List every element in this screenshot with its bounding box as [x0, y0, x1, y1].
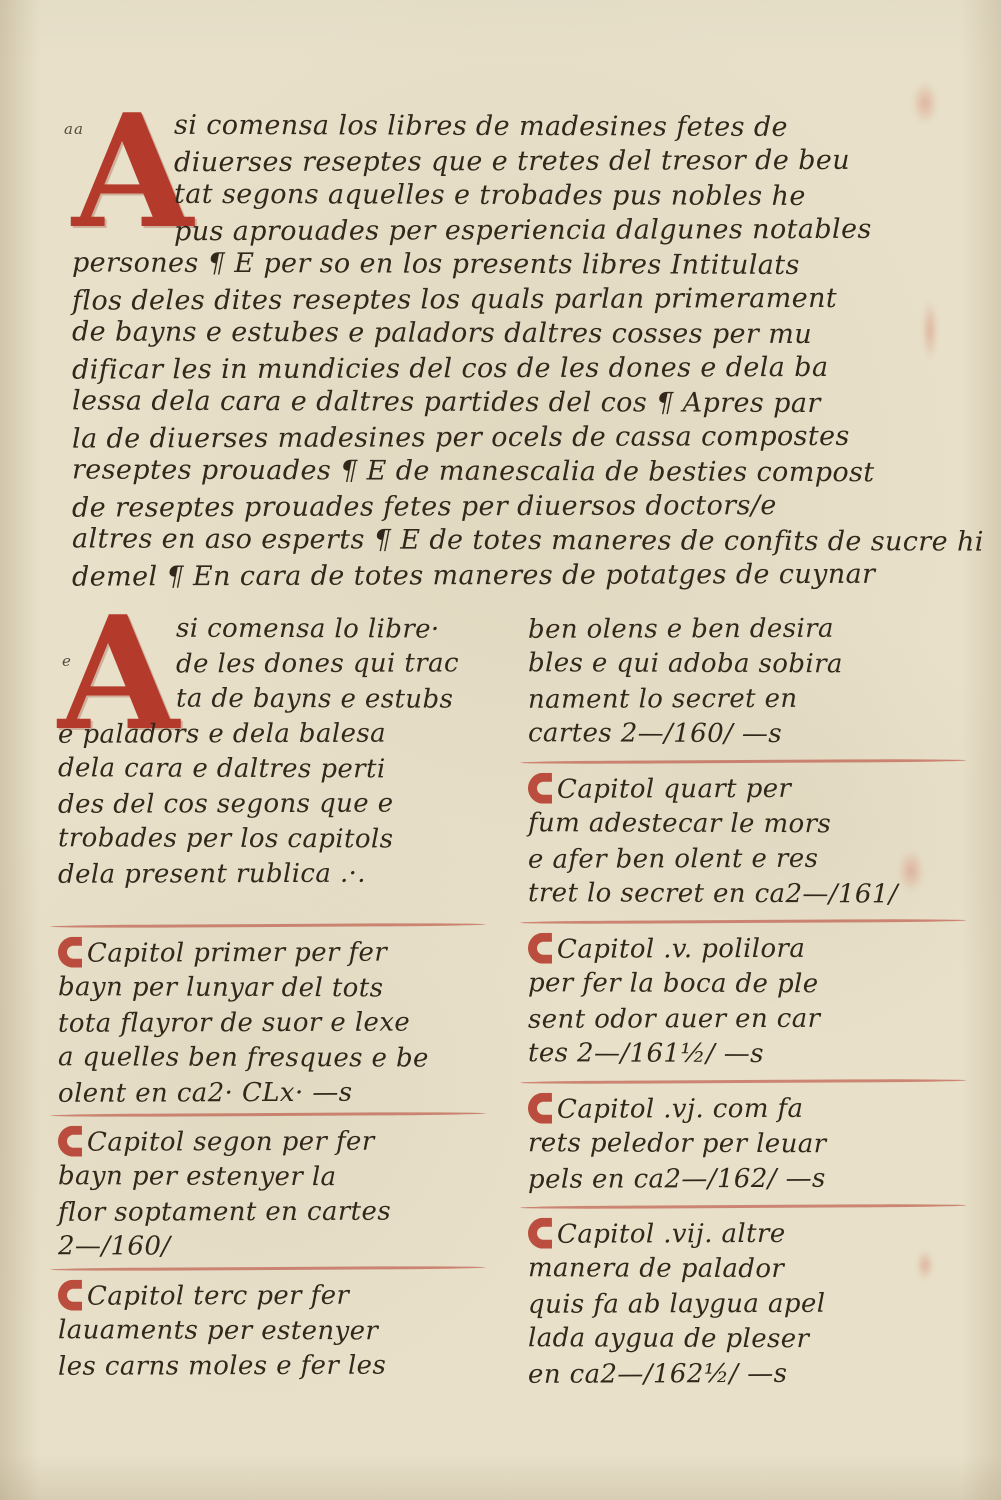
opening-paragraph: A si comensa los libres de madesines fet…: [72, 110, 972, 593]
text-line: pels en ca2—/162/ —s: [528, 1161, 980, 1198]
text-line: olent en ca2· CLx· —s: [58, 1075, 500, 1112]
right-column: ben olens e ben desira bles e qui adoba …: [528, 612, 980, 1392]
chapter-heading: Capitol .vij. altre: [557, 1219, 786, 1250]
text-line: bayn per lunyar del tots: [58, 970, 500, 1007]
chapter-heading: Capitol segon per fer: [87, 1127, 375, 1158]
chapter-entry: Capitol .v. polilora per fer la boca de …: [528, 932, 980, 1072]
text-line: en ca2—/162½/ —s: [528, 1356, 980, 1393]
chapter-heading: Capitol terc per fer: [87, 1281, 349, 1312]
text-line: dela present rublica .·.: [58, 856, 500, 893]
text-line: tret lo secret en ca2—/161/: [528, 876, 980, 913]
text-line: des del cos segons que e: [58, 786, 500, 823]
text-line: fum adestecar le mors: [528, 806, 980, 843]
text-line: lauaments per estenyer: [58, 1313, 500, 1350]
text-line: de bayns e estubes e paladors daltres co…: [72, 315, 972, 353]
text-line: ta de bayns e estubs: [58, 681, 500, 718]
text-line: les carns moles e fer les: [58, 1348, 500, 1385]
table-of-contents-intro: A si comensa lo libre· de les dones qui …: [58, 612, 500, 892]
text-line: de reseptes prouades fetes per diuersos …: [72, 488, 972, 526]
text-line: dificar les in mundicies del cos de les …: [72, 350, 972, 388]
text-line: Capitol .vij. altre: [528, 1216, 980, 1253]
text-line: sent odor auer en car: [528, 1001, 980, 1038]
text-line: si comensa los libres de madesines fetes…: [72, 108, 972, 146]
text-line: tat segons aquelles e trobades pus noble…: [72, 177, 972, 215]
text-line: lada aygua de pleser: [528, 1321, 980, 1358]
chapter-heading: Capitol primer per fer: [87, 938, 387, 969]
chapter-heading: Capitol quart per: [557, 774, 791, 805]
chapter-entry: Capitol primer per fer bayn per lunyar d…: [58, 936, 500, 1111]
text-line: Capitol segon per fer: [58, 1124, 500, 1161]
chapter-entry: Capitol .vj. com fa rets peledor per leu…: [528, 1092, 980, 1197]
text-line: e afer ben olent e res: [528, 841, 980, 878]
text-line: a quelles ben fresques e be: [58, 1040, 500, 1077]
text-line: 2—/160/: [58, 1229, 500, 1266]
chapter-heading: Capitol .vj. com fa: [557, 1094, 804, 1125]
text-line: quis fa ab laygua apel: [528, 1286, 980, 1323]
text-line: trobades per los capitols: [58, 821, 500, 858]
text-line: rets peledor per leuar: [528, 1126, 980, 1163]
text-line: si comensa lo libre·: [58, 611, 500, 648]
chapter-entry: Capitol segon per fer bayn per estenyer …: [58, 1125, 500, 1265]
capitulum-icon: [528, 773, 552, 804]
text-line: manera de palador: [528, 1251, 980, 1288]
capitulum-icon: [58, 1126, 82, 1157]
capitulum-icon: [58, 1280, 82, 1311]
manuscript-page: aa e A si comensa los libres de madesine…: [0, 0, 1001, 1500]
text-line: dela cara e daltres perti: [58, 751, 500, 788]
text-line: cartes 2—/160/ —s: [528, 716, 980, 753]
text-line: de les dones qui trac: [58, 646, 500, 683]
capitulum-icon: [58, 937, 82, 968]
text-line: Capitol .vj. com fa: [528, 1091, 980, 1128]
text-line: Capitol terc per fer: [58, 1278, 500, 1315]
text-line: Capitol quart per: [528, 771, 980, 808]
text-line: flor soptament en cartes: [58, 1194, 500, 1231]
text-line: tes 2—/161½/ —s: [528, 1036, 980, 1073]
text-line: altres en aso esperts ¶ E de totes maner…: [72, 522, 972, 560]
text-line: flos deles dites reseptes los quals parl…: [72, 281, 972, 319]
chapter-entry: Capitol quart per fum adestecar le mors …: [528, 772, 980, 912]
text-line: demel ¶ En cara de totes maneres de pota…: [72, 557, 972, 595]
text-line: diuerses reseptes que e tretes del treso…: [72, 143, 972, 181]
capitulum-icon: [528, 1218, 552, 1249]
chapter-heading: Capitol .v. polilora: [557, 934, 805, 965]
text-line: nament lo secret en: [528, 681, 980, 718]
text-line: e paladors e dela balesa: [58, 716, 500, 753]
text-line: Capitol .v. polilora: [528, 931, 980, 968]
chapter-entry: Capitol .vij. altre manera de palador qu…: [528, 1217, 980, 1392]
chapter-continuation: ben olens e ben desira bles e qui adoba …: [528, 612, 980, 752]
text-line: bles e qui adoba sobira: [528, 646, 980, 683]
text-line: persones ¶ E per so en los presents libr…: [72, 246, 972, 284]
capitulum-icon: [528, 1093, 552, 1124]
text-line: ben olens e ben desira: [528, 611, 980, 648]
text-line: la de diuerses madesines per ocels de ca…: [72, 419, 972, 457]
capitulum-icon: [528, 933, 552, 964]
text-line: Capitol primer per fer: [58, 935, 500, 972]
text-line: reseptes prouades ¶ E de manescalia de b…: [72, 453, 972, 491]
text-line: lessa dela cara e daltres partides del c…: [72, 384, 972, 422]
text-line: pus aprouades per esperiencia dalgunes n…: [72, 212, 972, 250]
text-line: bayn per estenyer la: [58, 1159, 500, 1196]
chapter-entry: Capitol terc per fer lauaments per esten…: [58, 1279, 500, 1384]
left-column: A si comensa lo libre· de les dones qui …: [58, 612, 500, 1384]
text-line: per fer la boca de ple: [528, 966, 980, 1003]
text-line: tota flayror de suor e lexe: [58, 1005, 500, 1042]
